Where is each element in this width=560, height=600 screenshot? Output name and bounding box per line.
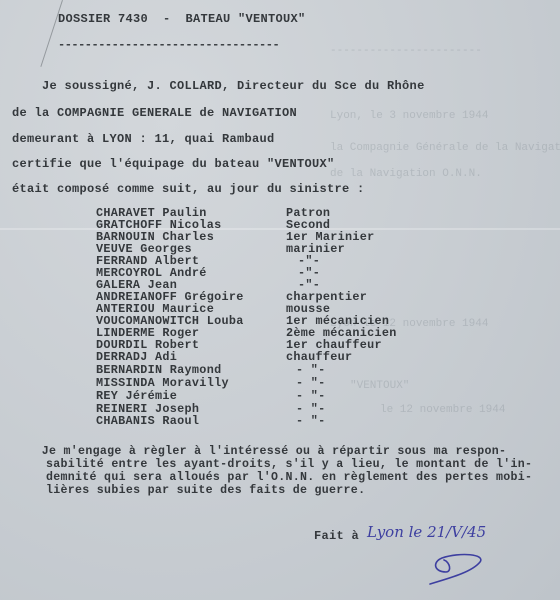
scanned-document: ----------------------- Lyon, le 3 novem…	[0, 0, 560, 600]
intro-line: demeurant à LYON : 11, quai Rambaud	[12, 132, 275, 146]
handwritten-place-date: Lyon le 21/V/45	[367, 523, 486, 541]
crew-name: BERNARDIN Raymond	[96, 363, 221, 377]
crew-name: CHABANIS Raoul	[96, 414, 199, 428]
paper-crease	[40, 0, 63, 67]
crew-role: chauffeur	[286, 350, 352, 364]
dossier-title: DOSSIER 7430 - BATEAU "VENTOUX"	[58, 12, 306, 26]
intro-line: Je soussigné, J. COLLARD, Directeur du S…	[12, 79, 425, 93]
fait-a-label: Fait à	[314, 529, 359, 543]
crew-role: - "-	[296, 389, 326, 403]
crew-name: MISSINDA Moravilly	[96, 376, 229, 390]
paper-fold	[0, 228, 560, 230]
intro-line: certifie que l'équipage du bateau "VENTO…	[12, 157, 335, 171]
title-underline: ---------------------------------	[58, 38, 279, 52]
crew-name: DERRADJ Adi	[96, 350, 177, 364]
signature-icon	[420, 550, 500, 590]
crew-name: REY Jérémie	[96, 389, 177, 403]
bleed-through-text: le 12 novembre 1944	[380, 404, 505, 416]
bleed-through-text: -----------------------	[330, 45, 482, 57]
intro-line: était composé comme suit, au jour du sin…	[12, 182, 365, 196]
closing-paragraph-line: sabilité entre les ayant-droits, s'il y …	[46, 458, 532, 471]
closing-paragraph-line: Je m'engage à règler à l'intéressé ou à …	[20, 445, 506, 458]
crew-role: - "-	[296, 363, 326, 377]
intro-line: de la COMPAGNIE GENERALE de NAVIGATION	[12, 106, 297, 120]
bleed-through-text: Lyon, le 3 novembre 1944	[330, 110, 488, 122]
bleed-through-text: la Compagnie Générale de la Navigation	[330, 142, 560, 154]
closing-paragraph-line: demnité qui sera alloués par l'O.N.N. en…	[46, 471, 532, 484]
crew-role: - "-	[296, 376, 326, 390]
crew-role: - "-	[296, 414, 326, 428]
bleed-through-text: de la Navigation O.N.N.	[330, 168, 482, 180]
bleed-through-text: "VENTOUX"	[350, 380, 409, 392]
closing-paragraph-line: lières subies par suite des faits de gue…	[46, 484, 365, 497]
